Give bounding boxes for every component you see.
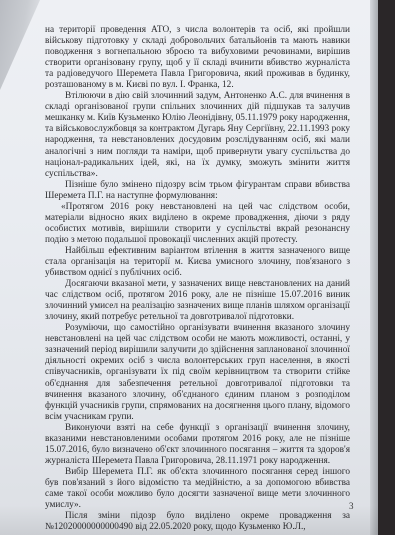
paragraph: Досягаючи вказаної мети, у зазначених ви…: [45, 279, 350, 323]
paragraph: Виконуючи взяті на себе функції з органі…: [45, 423, 350, 467]
paragraph: Після зміни підозр було виділено окреме …: [45, 511, 350, 533]
paragraph: Пізніше було змінено підозру всім трьом …: [45, 180, 350, 202]
paragraph: Найбільш ефективним варіантом втілення в…: [45, 246, 350, 279]
page-fold-shadow: [0, 0, 40, 90]
quoted-paragraph: «Протягом 2016 року невстановлені на цей…: [45, 202, 350, 246]
paragraph: на території проведення АТО, з числа вол…: [45, 25, 350, 91]
paragraph: Розуміючи, що самостійно організувати вч…: [45, 323, 350, 422]
document-page: на території проведення АТО, з числа вол…: [0, 0, 378, 535]
document-body: на території проведення АТО, з числа вол…: [45, 25, 350, 533]
paragraph: Втілюючи в дію свій злочинний задум, Ант…: [45, 91, 350, 179]
paragraph: Вибір Шеремета П.Г. як об'єкта злочинног…: [45, 467, 350, 511]
page-number: 3: [349, 501, 354, 511]
page-edge: [370, 0, 378, 535]
